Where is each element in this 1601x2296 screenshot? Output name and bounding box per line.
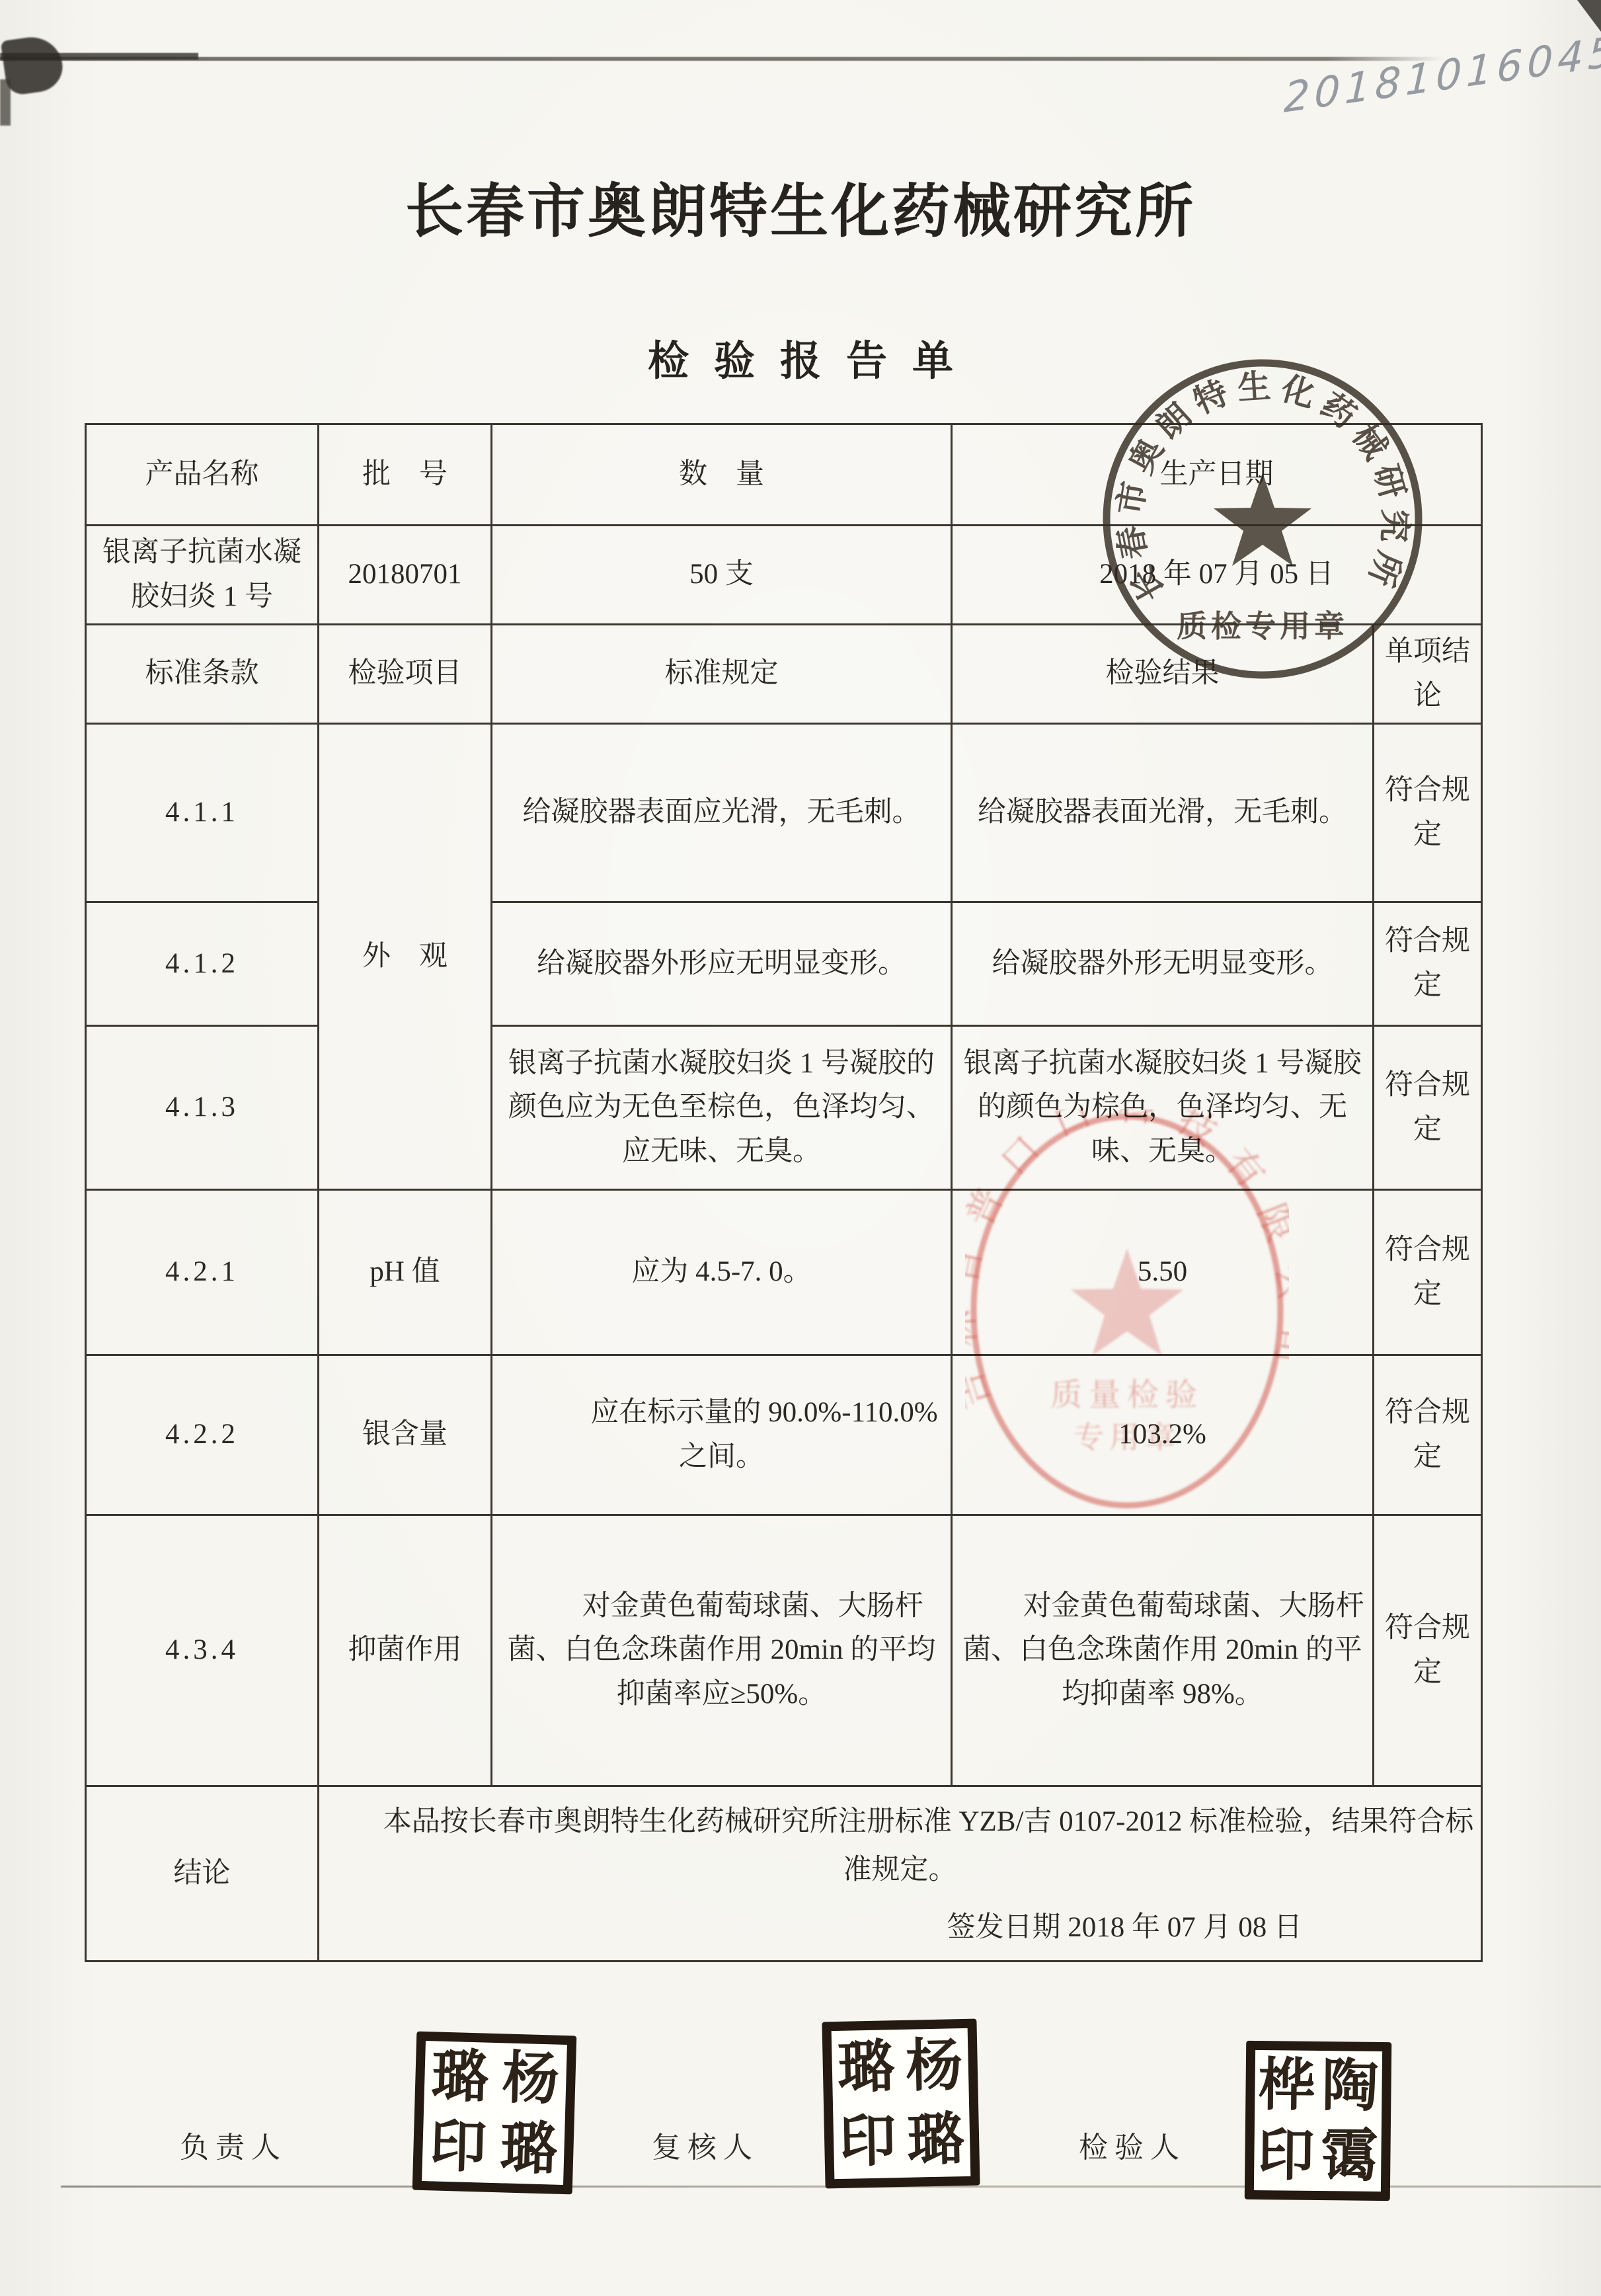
seal-char: 杨 xyxy=(502,2049,560,2108)
standard-cell: 银离子抗菌水凝胶妇炎 1 号凝胶的颜色应为无色至棕色，色泽均匀、应无味、无臭。 xyxy=(492,1026,952,1190)
production-date-value: 2018 年 07 月 05 日 xyxy=(952,526,1482,625)
result-cell: 给凝胶器外形无明显变形。 xyxy=(952,902,1374,1026)
inspector-seal: 桦 陶 印 霭 xyxy=(1245,2041,1392,2201)
reviewer-seal: 璐 杨 印 璐 xyxy=(822,2019,980,2189)
result-cell: 对金黄色葡萄球菌、大肠杆菌、白色念珠菌作用 20min 的平均抑菌率 98%。 xyxy=(952,1515,1374,1786)
table-row: 4.1.3 银离子抗菌水凝胶妇炎 1 号凝胶的颜色应为无色至棕色，色泽均匀、应无… xyxy=(86,1026,1482,1190)
result-cell: 银离子抗菌水凝胶妇炎 1 号凝胶的颜色为棕色，色泽均匀、无味、无臭。 xyxy=(952,1026,1374,1190)
seal-char: 璐 xyxy=(907,2111,965,2169)
clause-cell: 4.1.1 xyxy=(86,724,319,902)
seal-char: 杨 xyxy=(905,2037,963,2095)
conclusion-cell: 符合规定 xyxy=(1374,902,1482,1026)
item-header: 检验项目 xyxy=(319,625,492,724)
table-row: 4.1.2 给凝胶器外形应无明显变形。 给凝胶器外形无明显变形。 符合规定 xyxy=(86,902,1482,1026)
product-name-header: 产品名称 xyxy=(86,424,319,526)
item-cell-appearance: 外 观 xyxy=(319,724,492,1190)
result-cell: 给凝胶器表面光滑，无毛刺。 xyxy=(952,724,1374,902)
inspection-report-table: 产品名称 批 号 数 量 生产日期 银离子抗菌水凝胶妇炎 1 号 2018070… xyxy=(85,423,1483,1962)
standard-cell: 应在标示量的 90.0%-110.0% 之间。 xyxy=(492,1355,952,1515)
quantity-header: 数 量 xyxy=(492,424,952,526)
inspector-label: 检验人 xyxy=(1079,2123,1186,2166)
item-cell-silver: 银含量 xyxy=(319,1355,492,1515)
clause-header: 标准条款 xyxy=(86,625,319,724)
table-row: 4.1.1 外 观 给凝胶器表面应光滑，无毛刺。 给凝胶器表面光滑，无毛刺。 符… xyxy=(86,724,1482,902)
quantity-value: 50 支 xyxy=(492,526,952,625)
clause-cell: 4.3.4 xyxy=(86,1515,319,1786)
conclusion-label: 结论 xyxy=(86,1786,319,1961)
production-date-header: 生产日期 xyxy=(952,424,1482,526)
seal-char: 印 xyxy=(429,2118,487,2176)
seal-char: 桦 xyxy=(1258,2057,1315,2114)
conclusion-cell: 符合规定 xyxy=(1374,1355,1482,1515)
organization-title: 长春市奥朗特生化药械研究所 xyxy=(0,165,1601,249)
item-cell-ph: pH 值 xyxy=(319,1190,492,1355)
standard-cell: 应为 4.5-7. 0。 xyxy=(492,1190,952,1355)
sign-date: 签发日期 2018 年 07 月 08 日 xyxy=(326,1906,1474,1950)
product-name-value: 银离子抗菌水凝胶妇炎 1 号 xyxy=(86,526,319,625)
conclusion-cell: 符合规定 xyxy=(1374,1515,1482,1786)
report-title: 检验报告单 xyxy=(0,328,1601,387)
seal-char: 璐 xyxy=(431,2047,489,2106)
seal-char: 印 xyxy=(839,2112,897,2170)
product-data-row: 银离子抗菌水凝胶妇炎 1 号 20180701 50 支 2018 年 07 月… xyxy=(86,526,1482,625)
clause-cell: 4.1.3 xyxy=(86,1026,319,1190)
seal-char: 璐 xyxy=(837,2038,895,2096)
conclusion-cell: 符合规定 xyxy=(1374,1026,1482,1190)
result-cell-ph-value: 5.50 xyxy=(952,1190,1374,1355)
standard-cell: 对金黄色葡萄球菌、大肠杆菌、白色念珠菌作用 20min 的平均抑菌率应≥50%。 xyxy=(492,1515,952,1786)
responsible-person-label: 负责人 xyxy=(180,2123,287,2166)
conclusion-text: 本品按长春市奥朗特生化药械研究所注册标准 YZB/吉 0107-2012 标准检… xyxy=(326,1798,1474,1894)
conclusion-cell: 符合规定 xyxy=(1374,724,1482,902)
standard-header: 标准规定 xyxy=(492,625,952,724)
batch-header: 批 号 xyxy=(319,424,492,526)
responsible-person-seal: 璐 杨 印 璐 xyxy=(412,2032,577,2195)
product-header-row: 产品名称 批 号 数 量 生产日期 xyxy=(86,424,1482,526)
result-header-row: 标准条款 检验项目 标准规定 检验结果 单项结论 xyxy=(86,625,1482,724)
scan-artifact-edge-streak xyxy=(0,79,11,126)
result-header: 检验结果 xyxy=(952,625,1374,724)
table-row: 4.2.1 pH 值 应为 4.5-7. 0。 5.50 符合规定 xyxy=(86,1190,1482,1355)
seal-char: 印 xyxy=(1257,2127,1315,2184)
seal-char: 霭 xyxy=(1321,2127,1378,2185)
clause-cell: 4.2.2 xyxy=(86,1355,319,1515)
clause-cell: 4.1.2 xyxy=(86,902,319,1026)
scanned-inspection-report: { "page": { "handwritten_number": "20181… xyxy=(0,0,1601,2296)
conclusion-content-cell: 本品按长春市奥朗特生化药械研究所注册标准 YZB/吉 0107-2012 标准检… xyxy=(319,1786,1482,1961)
result-cell-silver-content: 103.2% xyxy=(952,1355,1374,1515)
reviewer-label: 复核人 xyxy=(652,2123,759,2166)
standard-cell: 给凝胶器外形应无明显变形。 xyxy=(492,902,952,1026)
seal-char: 陶 xyxy=(1321,2057,1379,2115)
item-cell-antibacterial: 抑菌作用 xyxy=(319,1515,492,1786)
seal-char: 璐 xyxy=(500,2119,558,2178)
clause-cell: 4.2.1 xyxy=(86,1190,319,1355)
table-row: 4.2.2 银含量 应在标示量的 90.0%-110.0% 之间。 103.2%… xyxy=(86,1355,1482,1515)
standard-cell: 给凝胶器表面应光滑，无毛刺。 xyxy=(492,724,952,902)
batch-value: 20180701 xyxy=(319,526,492,625)
conclusion-cell: 符合规定 xyxy=(1374,1190,1482,1355)
scan-artifact-top-line xyxy=(0,57,1444,61)
table-row: 4.3.4 抑菌作用 对金黄色葡萄球菌、大肠杆菌、白色念珠菌作用 20min 的… xyxy=(86,1515,1482,1786)
single-conclusion-header: 单项结论 xyxy=(1374,625,1482,724)
conclusion-row: 结论 本品按长春市奥朗特生化药械研究所注册标准 YZB/吉 0107-2012 … xyxy=(86,1786,1482,1961)
